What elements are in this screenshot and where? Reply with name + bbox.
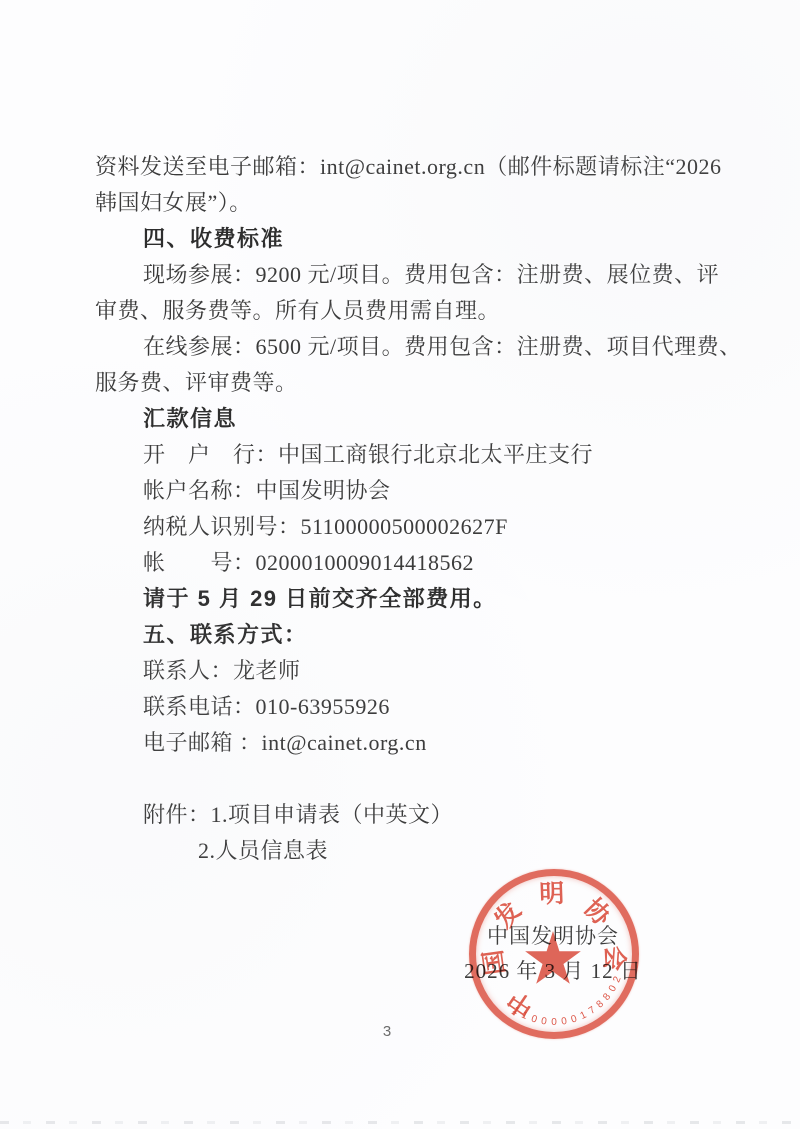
text-line: 现场参展：9200 元/项目。费用包含：注册费、展位费、评 <box>95 258 755 294</box>
page-number: 3 <box>376 1023 398 1040</box>
text-line: 汇款信息 <box>95 402 755 438</box>
text-line: 纳税人识别号：51100000500002627F <box>95 510 755 546</box>
text-line: 在线参展：6500 元/项目。费用包含：注册费、项目代理费、 <box>95 330 755 366</box>
text-line: 电子邮箱 ：int@cainet.org.cn <box>95 726 755 762</box>
text-line: 2.人员信息表 <box>95 834 755 870</box>
text-line: 五、联系方式： <box>95 618 755 654</box>
text-line: 帐户名称：中国发明协会 <box>95 474 755 510</box>
text-line: 四、收费标准 <box>95 222 755 258</box>
text-line <box>95 762 755 798</box>
seal-ring-char: 明 <box>537 881 566 910</box>
text-line: 资料发送至电子邮箱：int@cainet.org.cn（邮件标题请标注“2026 <box>95 150 755 186</box>
text-line: 审费、服务费等。所有人员费用需自理。 <box>95 294 755 330</box>
text-line: 帐 号：0200010009014418562 <box>95 546 755 582</box>
text-line: 联系人：龙老师 <box>95 654 755 690</box>
text-line: 附件：1.项目申请表（中英文） <box>95 798 755 834</box>
official-seal: 中国发明协会 1100000178802 <box>469 869 639 1039</box>
text-line: 韩国妇女展”）。 <box>95 186 755 222</box>
text-line: 开 户 行：中国工商银行北京北太平庄支行 <box>95 438 755 474</box>
seal-ring-char: 国 <box>480 946 512 978</box>
text-line: 联系电话：010-63955926 <box>95 690 755 726</box>
seal-ring-char: 会 <box>598 943 628 973</box>
scan-artifact <box>0 1121 800 1124</box>
scanned-page: 资料发送至电子邮箱：int@cainet.org.cn（邮件标题请标注“2026… <box>0 0 800 1129</box>
text-line: 请于 5 月 29 日前交齐全部费用。 <box>95 582 755 618</box>
text-line: 服务费、评审费等。 <box>95 366 755 402</box>
text-lines: 资料发送至电子邮箱：int@cainet.org.cn（邮件标题请标注“2026… <box>95 150 755 870</box>
